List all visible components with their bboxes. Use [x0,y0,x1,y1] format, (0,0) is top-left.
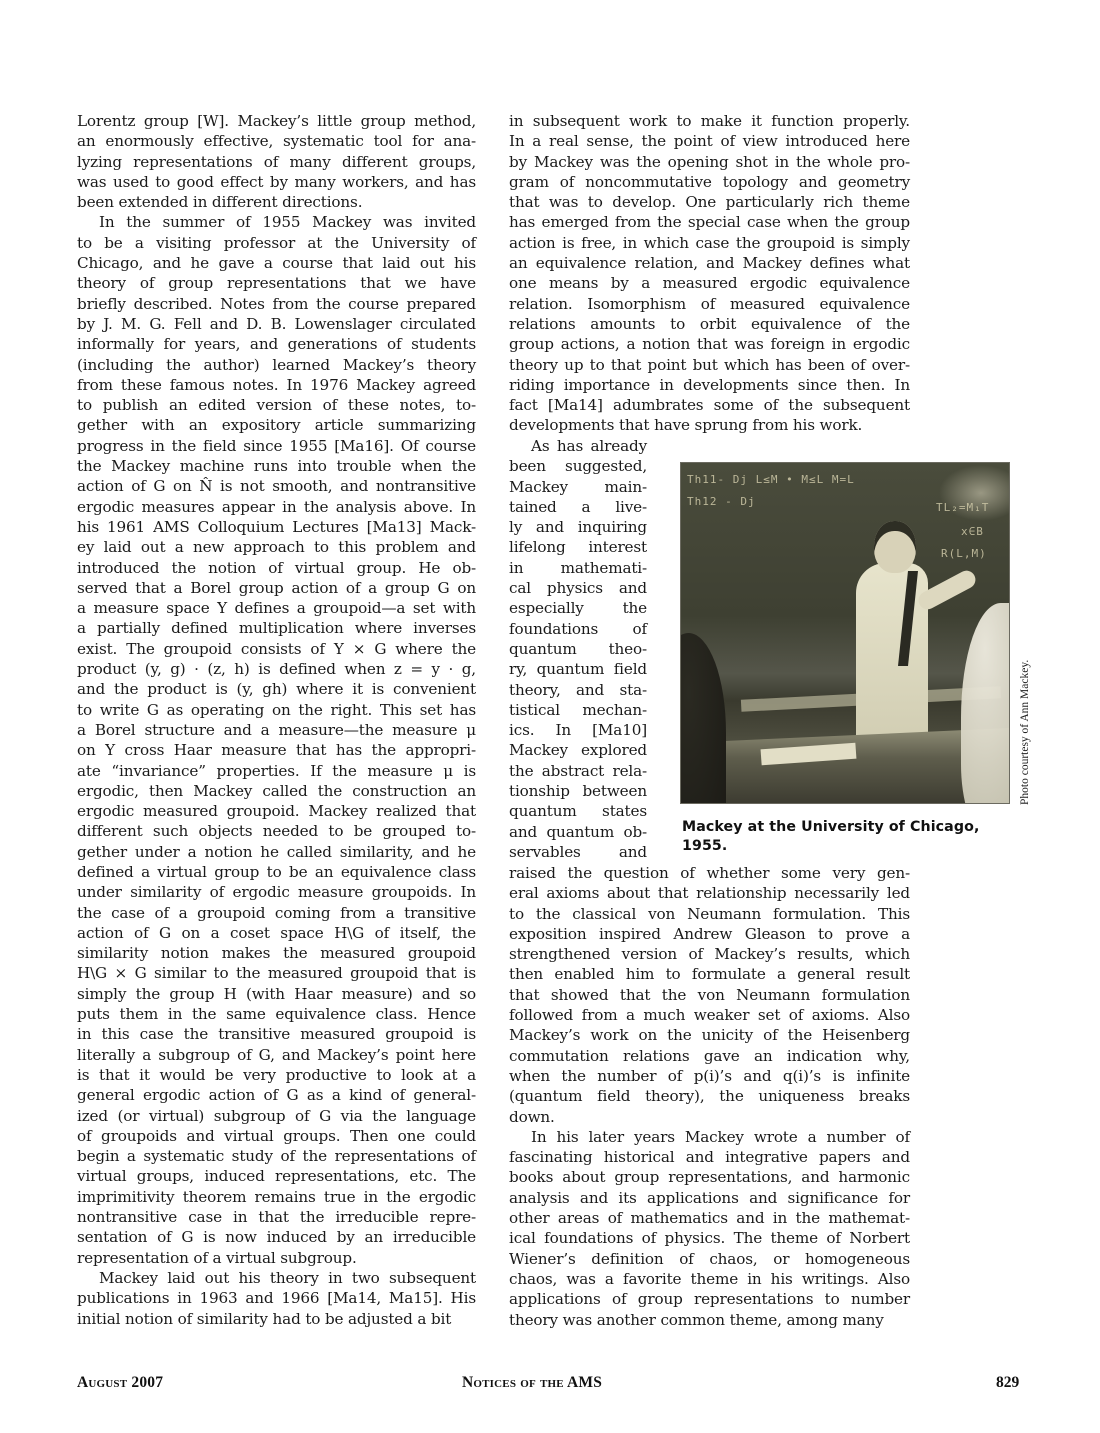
text-line: relations amounts to orbit equivalence o… [509,314,910,334]
text-line: quantum theo- [509,639,647,659]
text-line: imprimitivity theorem remains true in th… [77,1187,476,1207]
text-line: virtual groups, induced representations,… [77,1166,476,1186]
text-line: exist. The groupoid consists of Y × G wh… [77,639,476,659]
text-line: his 1961 AMS Colloquium Lectures [Ma13] … [77,517,476,537]
text-line: been suggested, [509,456,647,476]
text-line: relation. Isomorphism of measured equiva… [509,294,910,314]
text-line: by J. M. G. Fell and D. B. Lowenslager c… [77,314,476,334]
student-silhouette [961,603,1010,804]
text-line: general ergodic action of G as a kind of… [77,1085,476,1105]
text-line: cal physics and [509,578,647,598]
text-line: ics. In [Ma10] [509,720,647,740]
chalk-writing: Th12 - Dj [687,495,756,508]
text-line: begin a systematic study of the represen… [77,1146,476,1166]
text-line: Mackey laid out his theory in two subseq… [77,1268,476,1288]
text-line: strengthened version of Mackey’s results… [509,944,910,964]
text-line: other areas of mathematics and in the ma… [509,1208,910,1228]
chalk-writing: x∈B [961,525,984,538]
text-line: In the summer of 1955 Mackey was invited [77,212,476,232]
text-line: theory of group representations that we … [77,273,476,293]
text-line: under similarity of ergodic measure grou… [77,882,476,902]
student-silhouette [680,633,726,804]
text-line: then enabled him to formulate a general … [509,964,910,984]
text-line: ical foundations of physics. The theme o… [509,1228,910,1248]
figure-caption: Mackey at the University of Chicago, 195… [682,818,1012,856]
text-line: ry, quantum field [509,659,647,679]
text-line: been extended in different directions. [77,192,476,212]
text-line: action of G on a coset space H\G of itse… [77,923,476,943]
photo-credit: Photo courtesy of Ann Mackey. [1019,660,1031,805]
text-line: tained a live- [509,497,647,517]
text-line: ate “invariance” properties. If the meas… [77,761,476,781]
text-line: an enormously effective, systematic tool… [77,131,476,151]
text-line: ergodic measures appear in the analysis … [77,497,476,517]
text-line: gether with an expository article summar… [77,415,476,435]
text-line: similarity notion makes the measured gro… [77,943,476,963]
text-line: down. [509,1107,910,1127]
text-line: ergodic measured groupoid. Mackey realiz… [77,801,476,821]
text-line: on Y cross Haar measure that has the app… [77,740,476,760]
text-line: to write G as operating on the right. Th… [77,700,476,720]
chalk-writing: R(L,M) [941,547,987,560]
page-number: 829 [996,1374,1019,1392]
text-line: tionship between [509,781,647,801]
text-line: ized (or virtual) subgroup of G via the … [77,1106,476,1126]
text-line: the case of a groupoid coming from a tra… [77,903,476,923]
text-line: of groupoids and virtual groups. Then on… [77,1126,476,1146]
text-line: literally a subgroup of G, and Mackey’s … [77,1045,476,1065]
text-line: In a real sense, the point of view intro… [509,131,910,151]
footer-journal-title: Notices of the AMS [462,1374,602,1392]
text-line: exposition inspired Andrew Gleason to pr… [509,924,910,944]
text-line: raised the question of whether some very… [509,863,910,883]
text-line: different such objects needed to be grou… [77,821,476,841]
text-line: especially the [509,598,647,618]
text-line: followed from a much weaker set of axiom… [509,1005,910,1025]
right-column-bottom: raised the question of whether some very… [509,863,910,1330]
right-column-top: in subsequent work to make it function p… [509,111,910,436]
footer-date: August 2007 [77,1374,163,1392]
text-line: gether under a notion he called similari… [77,842,476,862]
text-line: theory, and sta- [509,680,647,700]
text-line: a measure space Y defines a groupoid—a s… [77,598,476,618]
text-line: Wiener’s definition of chaos, or homogen… [509,1249,910,1269]
text-line: (quantum field theory), the uniqueness b… [509,1086,910,1106]
text-line: theory up to that point but which has be… [509,355,910,375]
text-line: riding importance in developments since … [509,375,910,395]
text-line: to be a visiting professor at the Univer… [77,233,476,253]
text-line: ly and inquiring [509,517,647,537]
text-line: action of G on N̂ is not smooth, and non… [77,476,476,496]
lecturer-figure [874,521,916,573]
text-line: ergodic, then Mackey called the construc… [77,781,476,801]
chalk-writing: Th11- Dj L≤M • M≤L M=L [687,473,855,486]
text-line: by Mackey was the opening shot in the wh… [509,152,910,172]
text-line: lyzing representations of many different… [77,152,476,172]
text-line: fact [Ma14] adumbrates some of the subse… [509,395,910,415]
text-line: Mackey main- [509,477,647,497]
text-line: the Mackey machine runs into trouble whe… [77,456,476,476]
lecture-desk [681,728,1009,803]
text-line: Chicago, and he gave a course that laid … [77,253,476,273]
text-line: tistical mechan- [509,700,647,720]
text-line: a Borel structure and a measure—the meas… [77,720,476,740]
text-line: H\G × G similar to the measured groupoid… [77,963,476,983]
text-line: that showed that the von Neumann formula… [509,985,910,1005]
text-line: briefly described. Notes from the course… [77,294,476,314]
figure-photo: Th11- Dj L≤M • M≤L M=L Th12 - Dj TL₂=M₁T… [680,462,1010,804]
text-line: ey laid out a new approach to this probl… [77,537,476,557]
text-line: an equivalence relation, and Mackey defi… [509,253,910,273]
text-line: in this case the transitive measured gro… [77,1024,476,1044]
text-line: has emerged from the special case when t… [509,212,910,232]
text-line: commutation relations gave an indication… [509,1046,910,1066]
text-line: publications in 1963 and 1966 [Ma14, Ma1… [77,1288,476,1308]
chalk-writing: TL₂=M₁T [936,501,989,514]
left-column: Lorentz group [W]. Mackey’s little group… [77,111,476,1329]
text-line: to the classical von Neumann formulation… [509,904,910,924]
text-line: progress in the field since 1955 [Ma16].… [77,436,476,456]
text-line: one means by a measured ergodic equivale… [509,273,910,293]
text-line: books about group representations, and h… [509,1167,910,1187]
text-line: As has already [509,436,647,456]
text-line: introduced the notion of virtual group. … [77,558,476,578]
text-line: fascinating historical and integrative p… [509,1147,910,1167]
text-line: analysis and its applications and signif… [509,1188,910,1208]
text-line: was used to good effect by many workers,… [77,172,476,192]
text-line: chaos, was a favorite theme in his writi… [509,1269,910,1289]
text-line: Mackey’s work on the unicity of the Heis… [509,1025,910,1045]
text-line: a partially defined multiplication where… [77,618,476,638]
text-line: informally for years, and generations of… [77,334,476,354]
text-line: and quantum ob- [509,822,647,842]
text-line: foundations of [509,619,647,639]
text-line: Lorentz group [W]. Mackey’s little group… [77,111,476,131]
text-line: that was to develop. One particularly ri… [509,192,910,212]
text-line: product (y, g) · (z, h) is defined when … [77,659,476,679]
text-line: in subsequent work to make it function p… [509,111,910,131]
text-line: sentation of G is now induced by an irre… [77,1227,476,1247]
text-line: and the product is (y, gh) where it is c… [77,679,476,699]
text-line: group actions, a notion that was foreign… [509,334,910,354]
text-line: quantum states [509,801,647,821]
right-column-wrap-text: As has alreadybeen suggested,Mackey main… [509,436,647,862]
text-line: developments that have sprung from his w… [509,415,910,435]
text-line: simply the group H (with Haar measure) a… [77,984,476,1004]
text-line: to publish an edited version of these no… [77,395,476,415]
text-line: is that it would be very productive to l… [77,1065,476,1085]
text-line: action is free, in which case the groupo… [509,233,910,253]
text-line: from these famous notes. In 1976 Mackey … [77,375,476,395]
text-line: eral axioms about that relationship nece… [509,883,910,903]
text-line: puts them in the same equivalence class.… [77,1004,476,1024]
text-line: defined a virtual group to be an equival… [77,862,476,882]
text-line: served that a Borel group action of a gr… [77,578,476,598]
text-line: applications of group representations to… [509,1289,910,1309]
text-line: nontransitive case in that the irreducib… [77,1207,476,1227]
text-line: when the number of p(i)’s and q(i)’s is … [509,1066,910,1086]
text-line: theory was another common theme, among m… [509,1310,910,1330]
journal-page: Lorentz group [W]. Mackey’s little group… [0,0,1100,1433]
text-line: In his later years Mackey wrote a number… [509,1127,910,1147]
text-line: the abstract rela- [509,761,647,781]
text-line: in mathemati- [509,558,647,578]
text-line: initial notion of similarity had to be a… [77,1309,476,1329]
text-line: lifelong interest [509,537,647,557]
text-line: Mackey explored [509,740,647,760]
text-line: servables and [509,842,647,862]
text-line: gram of noncommutative topology and geom… [509,172,910,192]
text-line: (including the author) learned Mackey’s … [77,355,476,375]
text-line: representation of a virtual subgroup. [77,1248,476,1268]
